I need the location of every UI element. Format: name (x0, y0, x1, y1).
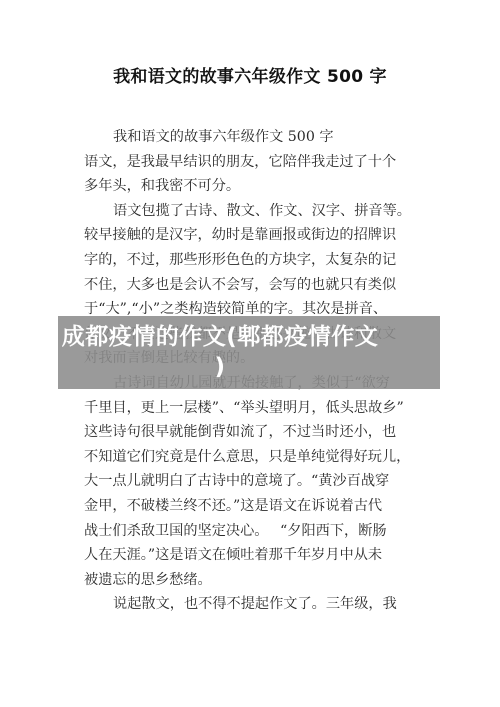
text-line: 千里目，更上一层楼”、“举头望明月，低头思故乡” (84, 396, 424, 421)
text-line: 人在天涯。”这是语文在倾吐着那千年岁月中从未 (84, 543, 424, 568)
text-line: 语文，是我最早结识的朋友，它陪伴我走过了十个 (84, 150, 424, 175)
essay-subtitle: 我和语文的故事六年级作文 500 字 (84, 125, 424, 150)
text-line: 不住，大多也是会认不会写，会写的也就只有类似 (84, 273, 424, 298)
overlay-title-line1: 成都疫情的作文(郫都疫情作文 (0, 322, 440, 352)
overlay-title-line2: ) (0, 352, 440, 382)
text-line: 被遗忘的思乡愁绪。 (84, 568, 424, 593)
text-line: 字的，不过，那些形形色色的方块字，太复杂的记 (84, 248, 424, 273)
text-line: 金甲，不破楼兰终不还。”这是语文在诉说着古代 (84, 494, 424, 519)
text-line: 不知道它们究竟是什么意思，只是单纯觉得好玩儿， (84, 445, 424, 470)
page-title: 我和语文的故事六年级作文 500 字 (0, 62, 500, 87)
overlay-title: 成都疫情的作文(郫都疫情作文 ) (0, 322, 440, 382)
paragraph-start: 说起散文，也不得不提起作文了。三年级，我 (84, 592, 424, 617)
paragraph-start: 语文包揽了古诗、散文、作文、汉字、拼音等。 (84, 199, 424, 224)
text-line: 较早接触的是汉字，幼时是靠画报或街边的招牌识 (84, 223, 424, 248)
text-line: 大一点儿就明白了古诗中的意境了。“黄沙百战穿 (84, 469, 424, 494)
text-line: 战士们杀敌卫国的坚定决心。 “夕阳西下，断肠 (84, 519, 424, 544)
text-line: 多年头，和我密不可分。 (84, 174, 424, 199)
text-line: 这些诗句很早就能倒背如流了，不过当时还小，也 (84, 420, 424, 445)
